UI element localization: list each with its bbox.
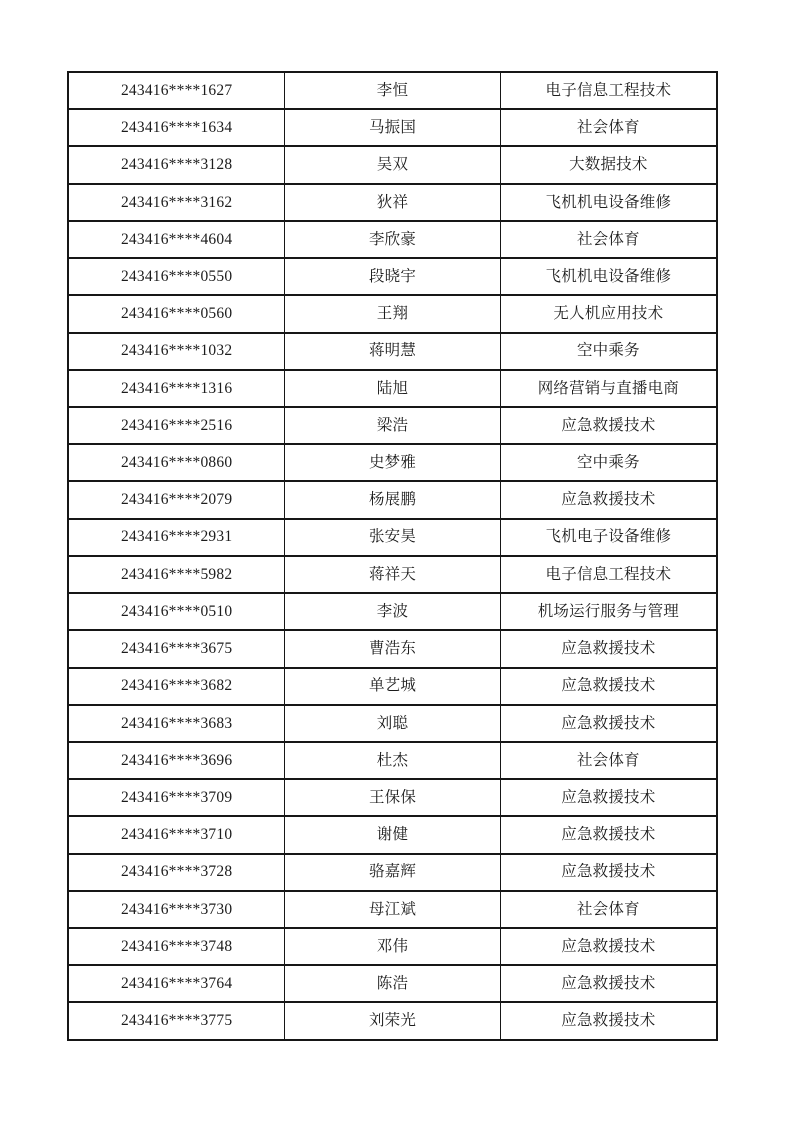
major-cell: 社会体育 [500,742,717,779]
candidate-name-cell: 蒋祥天 [285,556,500,593]
document-page: 243416****1627李恒电子信息工程技术243416****1634马振… [0,0,793,1122]
candidate-id-cell: 243416****3728 [68,854,285,891]
candidate-id-cell: 243416****0510 [68,593,285,630]
table-row: 243416****4604李欣豪社会体育 [68,221,717,258]
candidate-name-cell: 母江斌 [285,891,500,928]
major-cell: 飞机机电设备维修 [500,184,717,221]
candidate-id-cell: 243416****3710 [68,816,285,853]
major-cell: 社会体育 [500,891,717,928]
candidate-id-cell: 243416****3683 [68,705,285,742]
table-body: 243416****1627李恒电子信息工程技术243416****1634马振… [68,72,717,1040]
candidate-id-cell: 243416****3764 [68,965,285,1002]
major-cell: 应急救援技术 [500,779,717,816]
candidate-name-cell: 王翔 [285,295,500,332]
candidate-id-cell: 243416****1627 [68,72,285,109]
candidate-id-cell: 243416****4604 [68,221,285,258]
candidate-name-cell: 陆旭 [285,370,500,407]
table-row: 243416****3775刘荣光应急救援技术 [68,1002,717,1040]
candidate-name-cell: 史梦雅 [285,444,500,481]
candidate-name-cell: 单艺城 [285,668,500,705]
candidate-name-cell: 杨展鹏 [285,481,500,518]
candidate-name-cell: 李波 [285,593,500,630]
major-cell: 大数据技术 [500,146,717,183]
major-cell: 应急救援技术 [500,630,717,667]
major-cell: 社会体育 [500,221,717,258]
candidate-id-cell: 243416****3128 [68,146,285,183]
table-row: 243416****3728骆嘉辉应急救援技术 [68,854,717,891]
candidate-name-cell: 吴双 [285,146,500,183]
major-cell: 应急救援技术 [500,668,717,705]
major-cell: 应急救援技术 [500,816,717,853]
candidate-id-cell: 243416****3162 [68,184,285,221]
major-cell: 应急救援技术 [500,481,717,518]
table-row: 243416****3162狄祥飞机机电设备维修 [68,184,717,221]
candidate-name-cell: 梁浩 [285,407,500,444]
table-row: 243416****3128吴双大数据技术 [68,146,717,183]
major-cell: 应急救援技术 [500,1002,717,1040]
major-cell: 网络营销与直播电商 [500,370,717,407]
candidate-id-cell: 243416****3682 [68,668,285,705]
candidate-id-cell: 243416****2516 [68,407,285,444]
major-cell: 应急救援技术 [500,854,717,891]
candidate-id-cell: 243416****3748 [68,928,285,965]
table-row: 243416****3675曹浩东应急救援技术 [68,630,717,667]
table-row: 243416****1627李恒电子信息工程技术 [68,72,717,109]
admission-roster-table: 243416****1627李恒电子信息工程技术243416****1634马振… [67,71,718,1041]
table-row: 243416****0550段晓宇飞机机电设备维修 [68,258,717,295]
candidate-name-cell: 杜杰 [285,742,500,779]
candidate-id-cell: 243416****3775 [68,1002,285,1040]
table-row: 243416****1634马振国社会体育 [68,109,717,146]
table-row: 243416****3764陈浩应急救援技术 [68,965,717,1002]
major-cell: 空中乘务 [500,333,717,370]
candidate-name-cell: 邓伟 [285,928,500,965]
major-cell: 电子信息工程技术 [500,556,717,593]
candidate-name-cell: 段晓宇 [285,258,500,295]
candidate-id-cell: 243416****3730 [68,891,285,928]
candidate-name-cell: 王保保 [285,779,500,816]
candidate-id-cell: 243416****1316 [68,370,285,407]
major-cell: 机场运行服务与管理 [500,593,717,630]
candidate-name-cell: 蒋明慧 [285,333,500,370]
major-cell: 社会体育 [500,109,717,146]
table-row: 243416****3683刘聪应急救援技术 [68,705,717,742]
table-row: 243416****3696杜杰社会体育 [68,742,717,779]
table-row: 243416****0560王翔无人机应用技术 [68,295,717,332]
major-cell: 电子信息工程技术 [500,72,717,109]
major-cell: 应急救援技术 [500,705,717,742]
table-row: 243416****3709王保保应急救援技术 [68,779,717,816]
table-row: 243416****3748邓伟应急救援技术 [68,928,717,965]
candidate-name-cell: 骆嘉辉 [285,854,500,891]
table-row: 243416****3682单艺城应急救援技术 [68,668,717,705]
candidate-name-cell: 谢健 [285,816,500,853]
candidate-name-cell: 马振国 [285,109,500,146]
major-cell: 空中乘务 [500,444,717,481]
candidate-id-cell: 243416****1634 [68,109,285,146]
candidate-name-cell: 刘荣光 [285,1002,500,1040]
table-row: 243416****2516梁浩应急救援技术 [68,407,717,444]
candidate-id-cell: 243416****2931 [68,519,285,556]
table-row: 243416****3730母江斌社会体育 [68,891,717,928]
table-row: 243416****3710谢健应急救援技术 [68,816,717,853]
major-cell: 飞机电子设备维修 [500,519,717,556]
candidate-name-cell: 刘聪 [285,705,500,742]
candidate-name-cell: 张安昊 [285,519,500,556]
candidate-name-cell: 李欣豪 [285,221,500,258]
table-row: 243416****0860史梦雅空中乘务 [68,444,717,481]
table-row: 243416****2079杨展鹏应急救援技术 [68,481,717,518]
candidate-name-cell: 曹浩东 [285,630,500,667]
table-row: 243416****0510李波机场运行服务与管理 [68,593,717,630]
major-cell: 应急救援技术 [500,928,717,965]
major-cell: 无人机应用技术 [500,295,717,332]
candidate-id-cell: 243416****3696 [68,742,285,779]
table-row: 243416****1316陆旭网络营销与直播电商 [68,370,717,407]
major-cell: 飞机机电设备维修 [500,258,717,295]
major-cell: 应急救援技术 [500,407,717,444]
candidate-id-cell: 243416****2079 [68,481,285,518]
table-row: 243416****5982蒋祥天电子信息工程技术 [68,556,717,593]
candidate-name-cell: 李恒 [285,72,500,109]
table-row: 243416****2931张安昊飞机电子设备维修 [68,519,717,556]
candidate-id-cell: 243416****3675 [68,630,285,667]
candidate-id-cell: 243416****0560 [68,295,285,332]
candidate-id-cell: 243416****5982 [68,556,285,593]
candidate-name-cell: 狄祥 [285,184,500,221]
candidate-id-cell: 243416****0550 [68,258,285,295]
major-cell: 应急救援技术 [500,965,717,1002]
candidate-id-cell: 243416****3709 [68,779,285,816]
candidate-id-cell: 243416****0860 [68,444,285,481]
candidate-name-cell: 陈浩 [285,965,500,1002]
candidate-id-cell: 243416****1032 [68,333,285,370]
table-row: 243416****1032蒋明慧空中乘务 [68,333,717,370]
